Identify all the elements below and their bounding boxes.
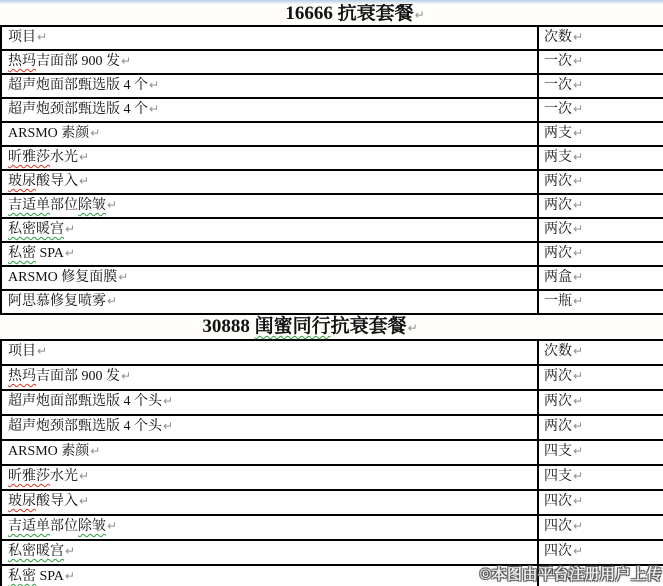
- paragraph-mark: ↵: [573, 444, 583, 458]
- text-segment: 酸导入: [36, 494, 78, 509]
- text-segment: 两次: [544, 394, 572, 409]
- table-row: 超声炮面部甄选版 4 个头↵两次↵: [2, 391, 663, 416]
- paragraph-mark: ↵: [79, 469, 89, 483]
- text-segment: 酸导入: [36, 174, 78, 189]
- paragraph-mark: ↵: [573, 494, 583, 508]
- package-title-text: 16666 抗衰套餐: [285, 3, 413, 24]
- text-segment: 部位: [50, 519, 78, 534]
- table-row: 超声炮颈部甄选版 4 个↵一次↵: [2, 99, 663, 123]
- document-page: 16666 抗衰套餐↵ 项目↵ 次数↵ 热玛吉面部 900 发↵一次↵超声炮面部…: [0, 0, 663, 586]
- item-cell: 私密暖宫↵: [2, 219, 539, 241]
- paragraph-mark: ↵: [573, 544, 583, 558]
- count-cell: 一瓶↵: [539, 291, 663, 313]
- text-segment: 私密暖宫: [8, 544, 64, 559]
- table-row: ARSMO 修复面膜↵两盒↵: [2, 267, 663, 291]
- text-segment: 阿思慕修复喷雾: [8, 294, 106, 309]
- table-row: 玻尿酸导入↵两次↵: [2, 171, 663, 195]
- count-cell: 两支↵: [539, 123, 663, 145]
- text-segment: 水光: [50, 469, 78, 484]
- paragraph-mark: ↵: [121, 369, 131, 383]
- text-segment: 两次: [544, 198, 572, 213]
- text-segment: 两次: [544, 222, 572, 237]
- text-segment: 热玛: [8, 369, 36, 384]
- watermark: ©本图由平台注册用户上传: [480, 563, 662, 584]
- text-segment: 超声炮面部甄选版 4 个头: [8, 394, 162, 409]
- item-cell: 超声炮颈部甄选版 4 个↵: [2, 99, 539, 121]
- text-segment: 除皱: [78, 198, 106, 213]
- count-cell: 两次↵: [539, 243, 663, 265]
- text-segment: 部位: [50, 198, 78, 213]
- count-cell: 四次↵: [539, 541, 663, 564]
- text-segment: 私密: [8, 246, 36, 261]
- header-item-cell: 项目↵: [2, 341, 539, 364]
- text-segment: 闺蜜同行: [255, 316, 331, 337]
- paragraph-mark: ↵: [65, 246, 75, 260]
- item-cell: 超声炮颈部甄选版 4 个头↵: [2, 416, 539, 439]
- table-row: 超声炮面部甄选版 4 个↵一次↵: [2, 75, 663, 99]
- count-cell: 两次↵: [539, 391, 663, 414]
- text-segment: 私密暖宫: [8, 222, 64, 237]
- text-segment: ARSMO 素颜: [8, 126, 89, 141]
- item-cell: 玻尿酸导入↵: [2, 171, 539, 193]
- paragraph-mark: ↵: [37, 30, 47, 44]
- paragraph-mark: ↵: [573, 270, 583, 284]
- paragraph-mark: ↵: [573, 394, 583, 408]
- paragraph-mark: ↵: [573, 222, 583, 236]
- text-segment: 四次: [544, 544, 572, 559]
- count-cell: 两次↵: [539, 366, 663, 389]
- paragraph-mark: ↵: [573, 102, 583, 116]
- text-segment: 昕雅莎: [8, 469, 50, 484]
- paragraph-mark: ↵: [573, 174, 583, 188]
- paragraph-mark: ↵: [415, 8, 425, 22]
- count-cell: 两次↵: [539, 171, 663, 193]
- table-header-row: 项目↵ 次数↵: [2, 341, 663, 366]
- paragraph-mark: ↵: [37, 344, 47, 358]
- top-edge-band: [0, 0, 663, 4]
- paragraph-mark: ↵: [573, 150, 583, 164]
- count-cell: 一次↵: [539, 75, 663, 97]
- paragraph-mark: ↵: [573, 198, 583, 212]
- table-row: 阿思慕修复喷雾↵一瓶↵: [2, 291, 663, 315]
- count-cell: 四支↵: [539, 441, 663, 464]
- text-segment: 两次: [544, 246, 572, 261]
- table-row: 热玛吉面部 900 发↵两次↵: [2, 366, 663, 391]
- header-count-cell: 次数↵: [539, 27, 663, 49]
- text-segment: 一次: [544, 102, 572, 117]
- paragraph-mark: ↵: [107, 294, 117, 308]
- item-cell: 昕雅莎水光↵: [2, 466, 539, 489]
- paragraph-mark: ↵: [573, 469, 583, 483]
- text-segment: 四次: [544, 519, 572, 534]
- header-item-cell: 项目↵: [2, 27, 539, 49]
- table-row: 昕雅莎水光↵四支↵: [2, 466, 663, 491]
- count-cell: 两次↵: [539, 219, 663, 241]
- paragraph-mark: ↵: [408, 321, 418, 335]
- table-body: 热玛吉面部 900 发↵一次↵超声炮面部甄选版 4 个↵一次↵超声炮颈部甄选版 …: [2, 51, 663, 315]
- text-segment: 四次: [544, 494, 572, 509]
- table-row: 吉适单部位除皱↵四次↵: [2, 516, 663, 541]
- paragraph-mark: ↵: [79, 494, 89, 508]
- text-segment: ARSMO 修复面膜: [8, 270, 117, 285]
- text-segment: 两次: [544, 174, 572, 189]
- table-header-row: 项目↵ 次数↵: [2, 27, 663, 51]
- header-item-label: 项目: [8, 344, 36, 359]
- paragraph-mark: ↵: [90, 444, 100, 458]
- paragraph-mark: ↵: [65, 544, 75, 558]
- paragraph-mark: ↵: [149, 78, 159, 92]
- item-cell: 私密暖宫↵: [2, 541, 539, 564]
- paragraph-mark: ↵: [79, 174, 89, 188]
- table-row: 私密暖宫↵两次↵: [2, 219, 663, 243]
- text-segment: 两次: [544, 369, 572, 384]
- text-segment: 两支: [544, 150, 572, 165]
- item-cell: 热玛吉面部 900 发↵: [2, 366, 539, 389]
- paragraph-mark: ↵: [573, 294, 583, 308]
- item-cell: ARSMO 素颜↵: [2, 123, 539, 145]
- table-row: 昕雅莎水光↵两支↵: [2, 147, 663, 171]
- count-cell: 两次↵: [539, 416, 663, 439]
- paragraph-mark: ↵: [149, 102, 159, 116]
- paragraph-mark: ↵: [90, 126, 100, 140]
- text-segment: 除皱: [78, 519, 106, 534]
- count-cell: 两次↵: [539, 195, 663, 217]
- count-cell: 两盒↵: [539, 267, 663, 289]
- text-segment: 玻尿: [8, 174, 36, 189]
- item-cell: 吉适单部位除皱↵: [2, 195, 539, 217]
- paragraph-mark: ↵: [573, 519, 583, 533]
- paragraph-mark: ↵: [163, 419, 173, 433]
- count-cell: 四次↵: [539, 491, 663, 514]
- text-segment: 吉面部 900 发: [36, 369, 120, 384]
- paragraph-mark: ↵: [573, 30, 583, 44]
- text-segment: 私密: [8, 569, 36, 584]
- text-segment: 四支: [544, 469, 572, 484]
- text-segment: SPA: [36, 246, 64, 261]
- text-segment: 水光: [50, 150, 78, 165]
- table-row: ARSMO 素颜↵两支↵: [2, 123, 663, 147]
- paragraph-mark: ↵: [107, 519, 117, 533]
- count-cell: 两支↵: [539, 147, 663, 169]
- header-item-label: 项目: [8, 30, 36, 45]
- package-table-30888: 项目↵ 次数↵ 热玛吉面部 900 发↵两次↵超声炮面部甄选版 4 个头↵两次↵…: [0, 339, 663, 586]
- item-cell: 昕雅莎水光↵: [2, 147, 539, 169]
- table-row: ARSMO 素颜↵四支↵: [2, 441, 663, 466]
- package-title-30888: 30888 闺蜜同行抗衰套餐↵: [0, 315, 620, 339]
- text-segment: 吉适单: [8, 198, 50, 213]
- item-cell: 私密 SPA↵: [2, 243, 539, 265]
- table-row: 吉适单部位除皱↵两次↵: [2, 195, 663, 219]
- paragraph-mark: ↵: [107, 198, 117, 212]
- item-cell: 私密 SPA↵: [2, 566, 539, 586]
- table-row: 玻尿酸导入↵四次↵: [2, 491, 663, 516]
- paragraph-mark: ↵: [573, 369, 583, 383]
- count-cell: 一次↵: [539, 51, 663, 73]
- item-cell: ARSMO 修复面膜↵: [2, 267, 539, 289]
- item-cell: ARSMO 素颜↵: [2, 441, 539, 464]
- text-segment: 超声炮颈部甄选版 4 个: [8, 102, 148, 117]
- package-table-16666: 项目↵ 次数↵ 热玛吉面部 900 发↵一次↵超声炮面部甄选版 4 个↵一次↵超…: [0, 25, 663, 315]
- text-segment: 一次: [544, 78, 572, 93]
- text-segment: 昕雅莎: [8, 150, 50, 165]
- paragraph-mark: ↵: [573, 344, 583, 358]
- paragraph-mark: ↵: [573, 126, 583, 140]
- paragraph-mark: ↵: [573, 78, 583, 92]
- text-segment: 两盒: [544, 270, 572, 285]
- paragraph-mark: ↵: [118, 270, 128, 284]
- text-segment: 吉面部 900 发: [36, 54, 120, 69]
- item-cell: 玻尿酸导入↵: [2, 491, 539, 514]
- item-cell: 热玛吉面部 900 发↵: [2, 51, 539, 73]
- text-segment: 一瓶: [544, 294, 572, 309]
- item-cell: 超声炮面部甄选版 4 个头↵: [2, 391, 539, 414]
- text-segment: 16666 抗衰套餐: [285, 3, 413, 24]
- item-cell: 超声炮面部甄选版 4 个↵: [2, 75, 539, 97]
- paragraph-mark: ↵: [121, 54, 131, 68]
- text-segment: ARSMO 素颜: [8, 444, 89, 459]
- count-cell: 一次↵: [539, 99, 663, 121]
- count-cell: 四支↵: [539, 466, 663, 489]
- paragraph-mark: ↵: [65, 222, 75, 236]
- header-count-cell: 次数↵: [539, 341, 663, 364]
- package-title-text: 30888 闺蜜同行抗衰套餐: [202, 316, 406, 337]
- item-cell: 阿思慕修复喷雾↵: [2, 291, 539, 313]
- item-cell: 吉适单部位除皱↵: [2, 516, 539, 539]
- text-segment: 一次: [544, 54, 572, 69]
- paragraph-mark: ↵: [573, 419, 583, 433]
- table-row: 超声炮颈部甄选版 4 个头↵两次↵: [2, 416, 663, 441]
- text-segment: 吉适单: [8, 519, 50, 534]
- table-row: 热玛吉面部 900 发↵一次↵: [2, 51, 663, 75]
- text-segment: 热玛: [8, 54, 36, 69]
- table-body: 热玛吉面部 900 发↵两次↵超声炮面部甄选版 4 个头↵两次↵超声炮颈部甄选版…: [2, 366, 663, 586]
- text-segment: 超声炮面部甄选版 4 个: [8, 78, 148, 93]
- header-count-label: 次数: [544, 344, 572, 359]
- text-segment: 两支: [544, 126, 572, 141]
- text-segment: 两次: [544, 419, 572, 434]
- paragraph-mark: ↵: [163, 394, 173, 408]
- text-segment: SPA: [36, 569, 64, 584]
- count-cell: 四次↵: [539, 516, 663, 539]
- text-segment: 30888: [202, 316, 254, 337]
- text-segment: 超声炮颈部甄选版 4 个头: [8, 419, 162, 434]
- header-count-label: 次数: [544, 30, 572, 45]
- text-segment: 四支: [544, 444, 572, 459]
- paragraph-mark: ↵: [65, 569, 75, 583]
- paragraph-mark: ↵: [79, 150, 89, 164]
- paragraph-mark: ↵: [573, 246, 583, 260]
- table-row: 私密 SPA↵两次↵: [2, 243, 663, 267]
- text-segment: 玻尿: [8, 494, 36, 509]
- paragraph-mark: ↵: [573, 54, 583, 68]
- package-title-16666: 16666 抗衰套餐↵: [0, 2, 663, 25]
- text-segment: 抗衰套餐: [331, 316, 407, 337]
